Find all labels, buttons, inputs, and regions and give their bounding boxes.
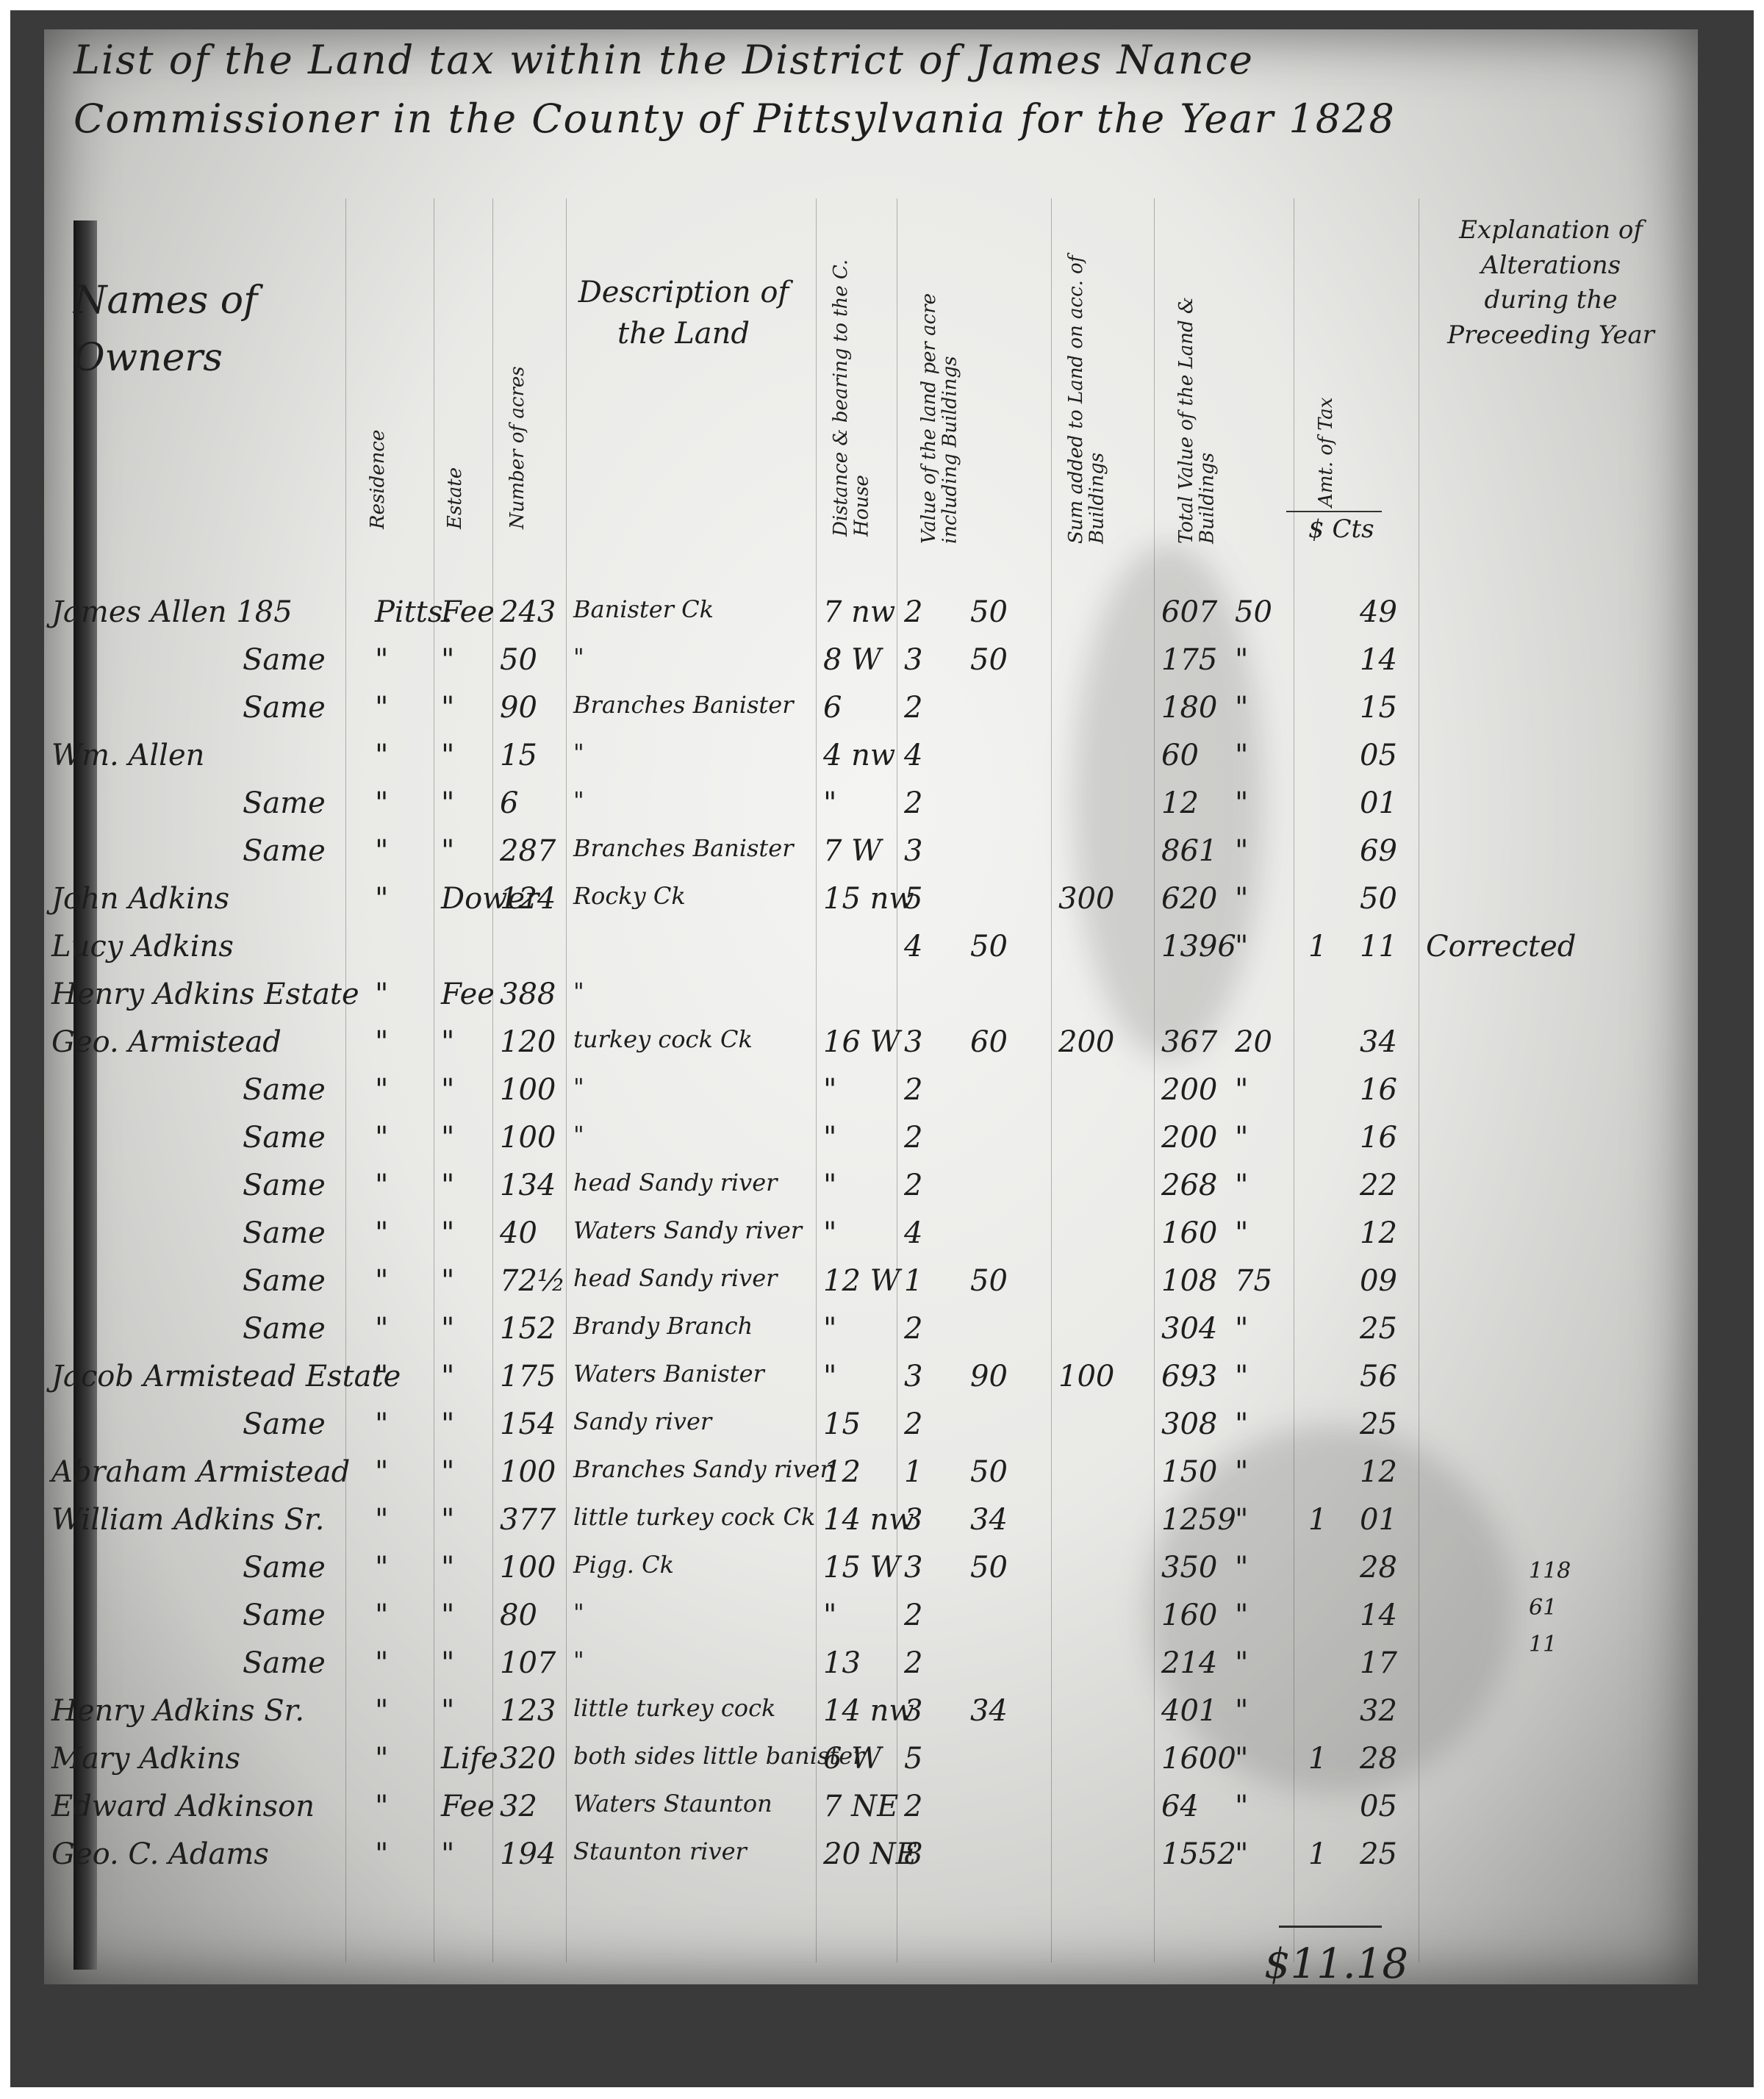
- table-row: William Adkins Sr.""377little turkey coc…: [44, 1503, 1698, 1547]
- value-per-acre-cell: 4: [904, 930, 922, 964]
- acres-cell: 90: [500, 691, 537, 725]
- margin-note: 61: [1529, 1595, 1557, 1621]
- residence-cell: ": [375, 1025, 388, 1059]
- owner-name: Same: [243, 1599, 326, 1632]
- description-cell: Branches Banister: [573, 691, 794, 719]
- table-row: Same""100""2200"16: [44, 1121, 1698, 1165]
- value-cents-cell: 50: [970, 930, 1008, 964]
- description-cell: ": [573, 739, 584, 767]
- acres-cell: 50: [500, 643, 537, 677]
- distance-cell: 15 W: [823, 1551, 900, 1585]
- total-value-cell: 861: [1161, 834, 1217, 868]
- table-row: Abraham Armistead""100Branches Sandy riv…: [44, 1455, 1698, 1499]
- total-value-cell: 350: [1161, 1551, 1217, 1585]
- estate-cell: ": [441, 1694, 454, 1728]
- total-cents-cell: ": [1235, 1503, 1248, 1537]
- total-value-cell: 607: [1161, 595, 1217, 629]
- tax-cents-cell: 16: [1360, 1073, 1397, 1107]
- residence-cell: ": [375, 1694, 388, 1728]
- total-value-cell: 108: [1161, 1264, 1217, 1298]
- owner-name: Edward Adkinson: [51, 1790, 315, 1823]
- description-cell: Brandy Branch: [573, 1312, 753, 1340]
- description-cell: little turkey cock: [573, 1694, 775, 1722]
- tax-cents-cell: 14: [1360, 643, 1397, 677]
- residence-cell: ": [375, 1264, 388, 1298]
- table-row: Wm. Allen""15"4 nw460"05: [44, 739, 1698, 783]
- residence-cell: ": [375, 739, 388, 772]
- description-cell: little turkey cock Ck: [573, 1503, 815, 1531]
- total-cents-cell: ": [1235, 786, 1248, 820]
- value-per-acre-cell: 2: [904, 1312, 922, 1346]
- total-cents-cell: ": [1235, 1599, 1248, 1632]
- acres-cell: 100: [500, 1455, 556, 1489]
- description-cell: Rocky Ck: [573, 882, 686, 910]
- grand-total: $11.18: [1264, 1940, 1408, 1988]
- total-value-cell: 160: [1161, 1599, 1217, 1632]
- distance-cell: 12 W: [823, 1264, 900, 1298]
- acres-cell: 388: [500, 977, 556, 1011]
- tax-cents-cell: 12: [1360, 1455, 1397, 1489]
- description-cell: head Sandy river: [573, 1169, 777, 1196]
- residence-cell: ": [375, 1169, 388, 1202]
- value-per-acre-cell: 3: [904, 1694, 922, 1728]
- estate-cell: ": [441, 691, 454, 725]
- estate-cell: ": [441, 1169, 454, 1202]
- owner-name: Same: [243, 1073, 326, 1107]
- value-per-acre-cell: 2: [904, 595, 922, 629]
- tax-cents-cell: 28: [1360, 1742, 1397, 1776]
- header-total-value: Total Value of the Land & Buildings: [1176, 206, 1235, 544]
- tax-cents-cell: 12: [1360, 1216, 1397, 1250]
- residence-cell: ": [375, 1599, 388, 1632]
- total-cents-cell: ": [1235, 1694, 1248, 1728]
- total-value-cell: 64: [1161, 1790, 1199, 1823]
- estate-cell: ": [441, 1312, 454, 1346]
- owner-name: Same: [243, 1216, 326, 1250]
- tax-cents-cell: 25: [1360, 1312, 1397, 1346]
- residence-cell: ": [375, 882, 388, 916]
- header-distance: Distance & bearing to the C. House: [831, 198, 882, 537]
- distance-cell: 15 nw: [823, 882, 914, 916]
- estate-cell: ": [441, 1121, 454, 1155]
- distance-cell: 12: [823, 1455, 861, 1489]
- estate-cell: ": [441, 1837, 454, 1871]
- tax-cents-cell: 69: [1360, 834, 1397, 868]
- acres-cell: 32: [500, 1790, 537, 1823]
- tax-cents-cell: 15: [1360, 691, 1397, 725]
- total-cents-cell: ": [1235, 1360, 1248, 1393]
- table-row: Same""72½head Sandy river12 W1501087509: [44, 1264, 1698, 1308]
- value-per-acre-cell: 3: [904, 1360, 922, 1393]
- distance-cell: 20 NE: [823, 1837, 917, 1871]
- total-cents-cell: ": [1235, 691, 1248, 725]
- total-cents-cell: ": [1235, 1216, 1248, 1250]
- residence-cell: ": [375, 1646, 388, 1680]
- residence-cell: ": [375, 786, 388, 820]
- total-cents-cell: ": [1235, 930, 1248, 964]
- total-cents-cell: ": [1235, 1455, 1248, 1489]
- table-row: Same""287Branches Banister7 W3861"69: [44, 834, 1698, 878]
- table-row: James Allen 185Pitts.Fee243Banister Ck7 …: [44, 595, 1698, 639]
- description-cell: ": [573, 1599, 584, 1626]
- residence-cell: ": [375, 1455, 388, 1489]
- header-description: Description of the Land: [573, 272, 794, 354]
- total-value-cell: 1396: [1161, 930, 1236, 964]
- owner-name: Same: [243, 1169, 326, 1202]
- table-row: Same""6""212"01: [44, 786, 1698, 830]
- owner-name: Same: [243, 834, 326, 868]
- tax-cents-cell: 14: [1360, 1599, 1397, 1632]
- estate-cell: ": [441, 786, 454, 820]
- value-per-acre-cell: 5: [904, 882, 922, 916]
- value-per-acre-cell: 2: [904, 1599, 922, 1632]
- total-value-cell: 12: [1161, 786, 1199, 820]
- estate-cell: ": [441, 1025, 454, 1059]
- estate-cell: ": [441, 1264, 454, 1298]
- distance-cell: 6: [823, 691, 842, 725]
- tax-dollars-cell: 1: [1308, 1837, 1327, 1871]
- description-cell: Waters Staunton: [573, 1790, 772, 1818]
- header-names-of-owners: Names of Owners: [73, 272, 294, 387]
- tax-cents-cell: 05: [1360, 739, 1397, 772]
- owner-name: Same: [243, 1121, 326, 1155]
- tax-cents-cell: 22: [1360, 1169, 1397, 1202]
- estate-cell: Fee: [441, 595, 495, 629]
- tax-cents-cell: 34: [1360, 1025, 1397, 1059]
- buildings-cell: 100: [1058, 1360, 1114, 1393]
- value-cents-cell: 34: [970, 1503, 1008, 1537]
- table-row: Edward Adkinson"Fee32Waters Staunton7 NE…: [44, 1790, 1698, 1834]
- owner-name: Henry Adkins Estate: [51, 977, 359, 1011]
- total-value-cell: 150: [1161, 1455, 1217, 1489]
- total-rule: [1279, 1926, 1382, 1928]
- table-row: Same""90Branches Banister62180"15: [44, 691, 1698, 735]
- value-cents-cell: 90: [970, 1360, 1008, 1393]
- owner-name: William Adkins Sr.: [51, 1503, 324, 1537]
- description-cell: Banister Ck: [573, 595, 714, 623]
- explanation-cell: Corrected: [1426, 930, 1576, 964]
- distance-cell: 7 W: [823, 834, 881, 868]
- description-cell: ": [573, 1646, 584, 1674]
- distance-cell: ": [823, 1216, 836, 1250]
- owner-name: John Adkins: [51, 882, 229, 916]
- header-estate: Estate: [445, 309, 466, 529]
- table-row: John Adkins"Dower124Rocky Ck15 nw5300620…: [44, 882, 1698, 926]
- acres-cell: 100: [500, 1121, 556, 1155]
- owner-name: Lucy Adkins: [51, 930, 234, 964]
- total-value-cell: 401: [1161, 1694, 1217, 1728]
- table-row: Same""80""2160"14: [44, 1599, 1698, 1643]
- distance-cell: 14 nw: [823, 1694, 914, 1728]
- total-cents-cell: ": [1235, 1073, 1248, 1107]
- residence-cell: ": [375, 691, 388, 725]
- buildings-cell: 300: [1058, 882, 1114, 916]
- value-cents-cell: 50: [970, 595, 1008, 629]
- total-value-cell: 1600: [1161, 1742, 1236, 1776]
- tax-dollars-cell: 1: [1308, 930, 1327, 964]
- acres-cell: 154: [500, 1407, 556, 1441]
- total-value-cell: 620: [1161, 882, 1217, 916]
- tax-dollars-cell: 1: [1308, 1503, 1327, 1537]
- total-cents-cell: ": [1235, 1551, 1248, 1585]
- acres-cell: 123: [500, 1694, 556, 1728]
- distance-cell: ": [823, 1599, 836, 1632]
- total-value-cell: 304: [1161, 1312, 1217, 1346]
- acres-cell: 175: [500, 1360, 556, 1393]
- total-value-cell: 175: [1161, 643, 1217, 677]
- owner-name: Henry Adkins Sr.: [51, 1694, 304, 1728]
- residence-cell: ": [375, 1742, 388, 1776]
- table-row: Henry Adkins Estate"Fee388": [44, 977, 1698, 1022]
- value-per-acre-cell: 2: [904, 1407, 922, 1441]
- document-title-line-1: List of the Land tax within the District…: [73, 37, 1254, 83]
- header-dollars-cents: $ Cts: [1308, 514, 1374, 544]
- owner-name: Same: [243, 1312, 326, 1346]
- value-per-acre-cell: 2: [904, 1646, 922, 1680]
- total-value-cell: 160: [1161, 1216, 1217, 1250]
- residence-cell: ": [375, 1312, 388, 1346]
- total-cents-cell: ": [1235, 882, 1248, 916]
- value-per-acre-cell: 2: [904, 1121, 922, 1155]
- value-per-acre-cell: 8: [904, 1837, 922, 1871]
- distance-cell: 4 nw: [823, 739, 895, 772]
- total-cents-cell: ": [1235, 1646, 1248, 1680]
- estate-cell: ": [441, 739, 454, 772]
- distance-cell: 8 W: [823, 643, 881, 677]
- owner-name: Same: [243, 1407, 326, 1441]
- description-cell: ": [573, 977, 584, 1005]
- value-per-acre-cell: 1: [904, 1264, 922, 1298]
- value-per-acre-cell: 1: [904, 1455, 922, 1489]
- acres-cell: 124: [500, 882, 556, 916]
- value-per-acre-cell: 4: [904, 1216, 922, 1250]
- total-value-cell: 308: [1161, 1407, 1217, 1441]
- distance-cell: ": [823, 1121, 836, 1155]
- estate-cell: ": [441, 1646, 454, 1680]
- owner-name: Same: [243, 1264, 326, 1298]
- value-per-acre-cell: 2: [904, 786, 922, 820]
- description-cell: Staunton river: [573, 1837, 747, 1865]
- acres-cell: 134: [500, 1169, 556, 1202]
- value-cents-cell: 50: [970, 643, 1008, 677]
- table-row: Same""100""2200"16: [44, 1073, 1698, 1117]
- tax-cents-cell: 56: [1360, 1360, 1397, 1393]
- description-cell: ": [573, 1121, 584, 1149]
- tax-cents-cell: 17: [1360, 1646, 1397, 1680]
- distance-cell: ": [823, 1312, 836, 1346]
- header-explanation: Explanation of Alterations during the Pr…: [1441, 213, 1661, 353]
- acres-cell: 194: [500, 1837, 556, 1871]
- estate-cell: ": [441, 834, 454, 868]
- table-row: Same""50"8 W350175"14: [44, 643, 1698, 687]
- margin-note: 118: [1529, 1558, 1571, 1584]
- total-value-cell: 60: [1161, 739, 1199, 772]
- tax-cents-cell: 01: [1360, 786, 1397, 820]
- owner-name: Mary Adkins: [51, 1742, 240, 1776]
- table-row: Same""152Brandy Branch"2304"25: [44, 1312, 1698, 1356]
- tax-cents-cell: 50: [1360, 882, 1397, 916]
- description-cell: head Sandy river: [573, 1264, 777, 1292]
- header-residence: Residence: [367, 353, 389, 529]
- description-cell: ": [573, 643, 584, 671]
- value-per-acre-cell: 3: [904, 1025, 922, 1059]
- tax-dollars-cell: 1: [1308, 1742, 1327, 1776]
- value-per-acre-cell: 2: [904, 1073, 922, 1107]
- total-value-cell: 200: [1161, 1121, 1217, 1155]
- tax-cents-cell: 28: [1360, 1551, 1397, 1585]
- estate-cell: ": [441, 1599, 454, 1632]
- description-cell: Branches Sandy river: [573, 1455, 831, 1483]
- description-cell: Waters Sandy river: [573, 1216, 802, 1244]
- acres-cell: 152: [500, 1312, 556, 1346]
- table-row: Same""40Waters Sandy river"4160"12: [44, 1216, 1698, 1260]
- tax-cents-cell: 01: [1360, 1503, 1397, 1537]
- acres-cell: 243: [500, 595, 556, 629]
- residence-cell: ": [375, 834, 388, 868]
- value-per-acre-cell: 2: [904, 1790, 922, 1823]
- owner-name: Geo. Armistead: [51, 1025, 282, 1059]
- value-cents-cell: 60: [970, 1025, 1008, 1059]
- value-cents-cell: 34: [970, 1694, 1008, 1728]
- residence-cell: ": [375, 1216, 388, 1250]
- owner-name: Jacob Armistead Estate: [51, 1360, 401, 1393]
- estate-cell: ": [441, 1216, 454, 1250]
- distance-cell: 14 nw: [823, 1503, 914, 1537]
- value-per-acre-cell: 2: [904, 691, 922, 725]
- tax-cents-cell: 05: [1360, 1790, 1397, 1823]
- description-cell: both sides little banister: [573, 1742, 864, 1770]
- description-cell: Sandy river: [573, 1407, 711, 1435]
- description-cell: ": [573, 786, 584, 814]
- owner-name: Same: [243, 786, 326, 820]
- total-value-cell: 367: [1161, 1025, 1217, 1059]
- estate-cell: ": [441, 1455, 454, 1489]
- distance-cell: ": [823, 1169, 836, 1202]
- description-cell: Waters Banister: [573, 1360, 764, 1388]
- total-cents-cell: ": [1235, 1312, 1248, 1346]
- acres-cell: 320: [500, 1742, 556, 1776]
- margin-note: 11: [1529, 1632, 1557, 1657]
- table-row: Geo. C. Adams""194Staunton river20 NE815…: [44, 1837, 1698, 1881]
- total-cents-cell: 75: [1235, 1264, 1272, 1298]
- total-value-cell: 200: [1161, 1073, 1217, 1107]
- residence-cell: ": [375, 1360, 388, 1393]
- estate-cell: Life: [441, 1742, 498, 1776]
- owner-name: Same: [243, 1551, 326, 1585]
- header-buildings: Sum added to Land on acc. of Buildings: [1066, 206, 1125, 544]
- owner-name: Same: [243, 1646, 326, 1680]
- tax-cents-cell: 32: [1360, 1694, 1397, 1728]
- value-cents-cell: 50: [970, 1264, 1008, 1298]
- tax-cents-cell: 09: [1360, 1264, 1397, 1298]
- residence-cell: ": [375, 1837, 388, 1871]
- table-row: Lucy Adkins4501396"111Corrected: [44, 930, 1698, 974]
- residence-cell: ": [375, 1503, 388, 1537]
- estate-cell: ": [441, 1407, 454, 1441]
- header-value-per-acre: Value of the land per acre including Bui…: [919, 206, 978, 544]
- estate-cell: ": [441, 643, 454, 677]
- distance-cell: ": [823, 786, 836, 820]
- table-row: Same""107"132214"17: [44, 1646, 1698, 1690]
- value-per-acre-cell: 3: [904, 1551, 922, 1585]
- total-cents-cell: 20: [1235, 1025, 1272, 1059]
- tax-cents-cell: 49: [1360, 595, 1397, 629]
- total-cents-cell: ": [1235, 643, 1248, 677]
- acres-cell: 377: [500, 1503, 556, 1537]
- document-title-line-2: Commissioner in the County of Pittsylvan…: [73, 96, 1396, 142]
- estate-cell: ": [441, 1360, 454, 1393]
- ledger-page: List of the Land tax within the District…: [44, 29, 1698, 1984]
- tax-cents-cell: 25: [1360, 1837, 1397, 1871]
- table-row: Same""134head Sandy river"2268"22: [44, 1169, 1698, 1213]
- total-cents-cell: ": [1235, 834, 1248, 868]
- total-cents-cell: ": [1235, 1837, 1248, 1871]
- residence-cell: ": [375, 977, 388, 1011]
- buildings-cell: 200: [1058, 1025, 1114, 1059]
- total-cents-cell: 50: [1235, 595, 1272, 629]
- acres-cell: 80: [500, 1599, 537, 1632]
- total-value-cell: 268: [1161, 1169, 1217, 1202]
- owner-name: Geo. C. Adams: [51, 1837, 269, 1871]
- estate-cell: ": [441, 1551, 454, 1585]
- table-row: Same""154Sandy river152308"25: [44, 1407, 1698, 1452]
- acres-cell: 287: [500, 834, 556, 868]
- distance-cell: 13: [823, 1646, 861, 1680]
- residence-cell: ": [375, 1790, 388, 1823]
- residence-cell: ": [375, 1551, 388, 1585]
- total-cents-cell: ": [1235, 1121, 1248, 1155]
- total-value-cell: 1259: [1161, 1503, 1236, 1537]
- total-value-cell: 214: [1161, 1646, 1217, 1680]
- distance-cell: 7 NE: [823, 1790, 898, 1823]
- owner-name: James Allen 185: [51, 595, 293, 629]
- value-per-acre-cell: 5: [904, 1742, 922, 1776]
- value-cents-cell: 50: [970, 1455, 1008, 1489]
- description-cell: Pigg. Ck: [573, 1551, 674, 1579]
- value-cents-cell: 50: [970, 1551, 1008, 1585]
- distance-cell: 7 nw: [823, 595, 895, 629]
- total-value-cell: 693: [1161, 1360, 1217, 1393]
- total-cents-cell: ": [1235, 1790, 1248, 1823]
- distance-cell: 16 W: [823, 1025, 900, 1059]
- estate-cell: Fee: [441, 977, 495, 1011]
- total-cents-cell: ": [1235, 1169, 1248, 1202]
- acres-cell: 100: [500, 1073, 556, 1107]
- owner-name: Wm. Allen: [51, 739, 204, 772]
- acres-cell: 100: [500, 1551, 556, 1585]
- acres-cell: 40: [500, 1216, 537, 1250]
- residence-cell: ": [375, 1073, 388, 1107]
- residence-cell: ": [375, 1407, 388, 1441]
- residence-cell: ": [375, 1121, 388, 1155]
- owner-name: Abraham Armistead: [51, 1455, 350, 1489]
- value-per-acre-cell: 3: [904, 834, 922, 868]
- table-row: Henry Adkins Sr.""123little turkey cock1…: [44, 1694, 1698, 1738]
- residence-cell: ": [375, 643, 388, 677]
- distance-cell: 15: [823, 1407, 861, 1441]
- value-per-acre-cell: 3: [904, 643, 922, 677]
- table-row: Same""100Pigg. Ck15 W350350"28: [44, 1551, 1698, 1595]
- description-cell: turkey cock Ck: [573, 1025, 753, 1053]
- table-row: Jacob Armistead Estate""175Waters Banist…: [44, 1360, 1698, 1404]
- table-row: Geo. Armistead""120turkey cock Ck16 W360…: [44, 1025, 1698, 1069]
- money-header-rule: [1286, 511, 1382, 512]
- description-cell: ": [573, 1073, 584, 1101]
- tax-cents-cell: 11: [1360, 930, 1397, 964]
- value-per-acre-cell: 4: [904, 739, 922, 772]
- estate-cell: Fee: [441, 1790, 495, 1823]
- description-cell: Branches Banister: [573, 834, 794, 862]
